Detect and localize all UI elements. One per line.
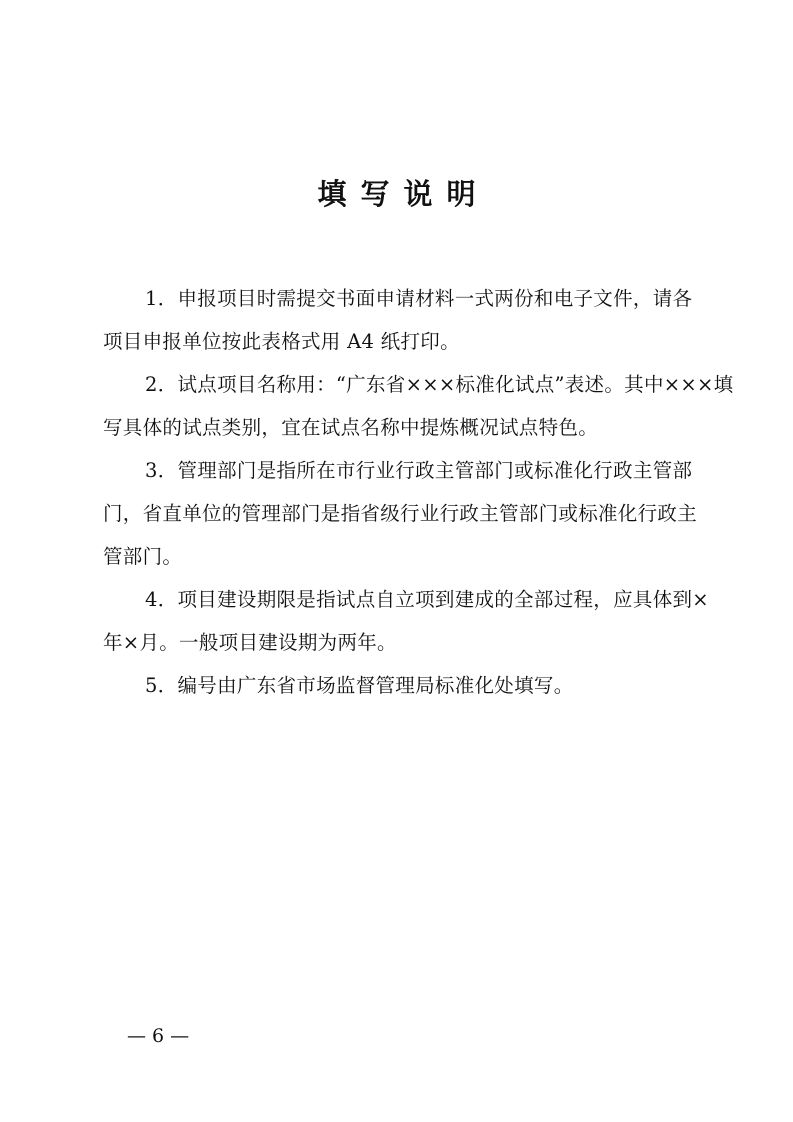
instruction-line: 管部门。 (103, 535, 698, 578)
page-number: — 6 — (127, 1024, 189, 1048)
instruction-line: 项目申报单位按此表格式用 A4 纸打印。 (103, 320, 698, 363)
page-title: 填写说明 (0, 174, 793, 214)
instruction-line: 2．试点项目名称用：“广东省×××标准化试点”表述。其中×××填 (103, 363, 698, 406)
instruction-item-4: 4．项目建设期限是指试点自立项到建成的全部过程，应具体到× 年×月。一般项目建设… (103, 578, 698, 664)
instruction-line: 5．编号由广东省市场监督管理局标准化处填写。 (103, 664, 698, 707)
instructions-body: 1．申报项目时需提交书面申请材料一式两份和电子文件，请各 项目申报单位按此表格式… (103, 277, 698, 707)
instruction-item-5: 5．编号由广东省市场监督管理局标准化处填写。 (103, 664, 698, 707)
instruction-line: 4．项目建设期限是指试点自立项到建成的全部过程，应具体到× (103, 578, 698, 621)
instruction-line: 门，省直单位的管理部门是指省级行业行政主管部门或标准化行政主 (103, 492, 698, 535)
instruction-line: 3．管理部门是指所在市行业行政主管部门或标准化行政主管部 (103, 449, 698, 492)
instruction-line: 1．申报项目时需提交书面申请材料一式两份和电子文件，请各 (103, 277, 698, 320)
instruction-line: 写具体的试点类别，宜在试点名称中提炼概况试点特色。 (103, 406, 698, 449)
instruction-line: 年×月。一般项目建设期为两年。 (103, 621, 698, 664)
instruction-item-1: 1．申报项目时需提交书面申请材料一式两份和电子文件，请各 项目申报单位按此表格式… (103, 277, 698, 363)
instruction-item-2: 2．试点项目名称用：“广东省×××标准化试点”表述。其中×××填 写具体的试点类… (103, 363, 698, 449)
instruction-item-3: 3．管理部门是指所在市行业行政主管部门或标准化行政主管部 门，省直单位的管理部门… (103, 449, 698, 578)
